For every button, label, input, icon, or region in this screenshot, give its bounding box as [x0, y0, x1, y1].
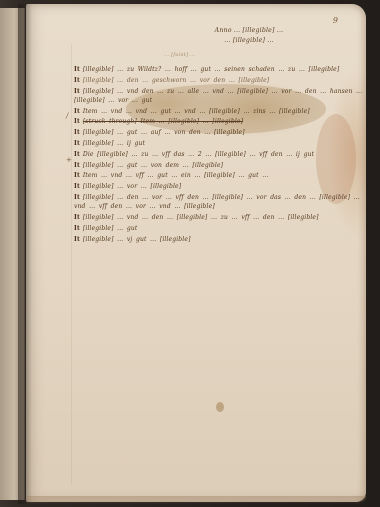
- entry-list: It[illegible] ... zu Wildtz? ... hoff ..…: [74, 65, 370, 245]
- list-item: It[illegible] ... gut ... von dem ... [i…: [74, 161, 370, 170]
- list-item: It[illegible] ... vnd den ... zu ... all…: [74, 87, 370, 105]
- list-item: ItItem ... vnd ... vff ... gut ... ein .…: [74, 171, 370, 180]
- margin-note: +: [66, 156, 72, 164]
- list-item-struck: It[struck through] Item ... [illegible] …: [74, 117, 370, 126]
- heading-line-2: ... [illegible] ...: [224, 37, 274, 44]
- list-item: It[illegible] ... gut ... auf ... von de…: [74, 128, 370, 137]
- folio-number: 9: [333, 16, 338, 25]
- list-item: It[illegible] ... gut: [74, 224, 370, 233]
- list-item: It[illegible] ... den ... vor ... vff de…: [74, 193, 370, 211]
- list-item: It[illegible] ... vnd ... den ... [illeg…: [74, 213, 370, 222]
- list-item: ItItem ... vnd ... vnd ... gut ... vnd .…: [74, 107, 370, 116]
- ink-spot: [216, 402, 224, 412]
- binding-gutter-shadow: [18, 4, 32, 504]
- heading-line-1: Anno ... [illegible] ...: [215, 27, 284, 34]
- heading-subline: ... [faint] ...: [164, 50, 354, 60]
- list-item: It[illegible] ... ij gut: [74, 139, 370, 148]
- manuscript-page: 9 Anno ... [illegible] ... ... [illegibl…: [26, 4, 366, 502]
- list-item: ItDie [illegible] ... zu ... vff das ...…: [74, 150, 370, 159]
- list-item: It[illegible] ... zu Wildtz? ... hoff ..…: [74, 65, 370, 74]
- list-item: It[illegible] ... vj gut ... [illegible]: [74, 235, 370, 244]
- margin-note: /: [66, 112, 68, 120]
- list-item: It[illegible] ... den ... geschworn ... …: [74, 76, 370, 85]
- page-bottom-edge: [26, 496, 366, 504]
- margin-ruling-line: [71, 44, 72, 484]
- list-item: It[illegible] ... vor ... [illegible]: [74, 182, 370, 191]
- document-heading: Anno ... [illegible] ... ... [illegible]…: [144, 26, 354, 60]
